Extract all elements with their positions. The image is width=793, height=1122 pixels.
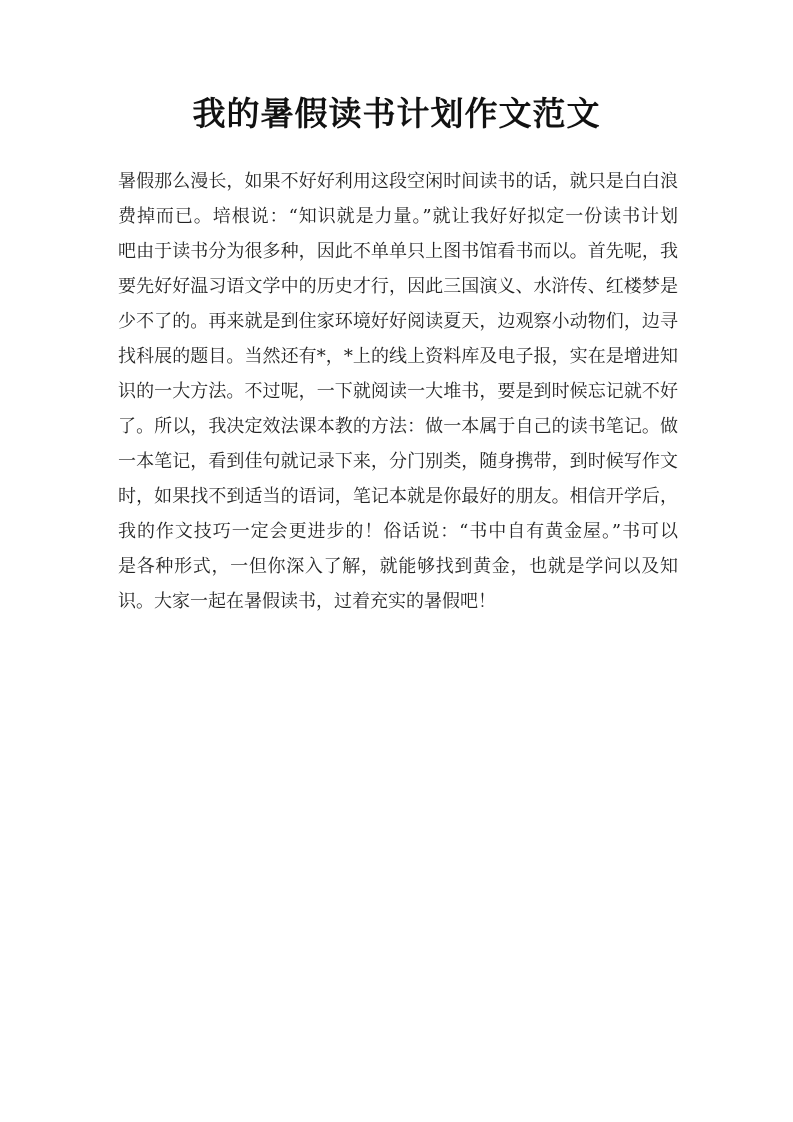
paragraph-line: 是各种形式，一但你深入了解，就能够找到黄金，也就是学问以及知	[118, 549, 678, 584]
paragraph-line: 找科展的题目。当然还有*，*上的线上资料库及电子报，实在是增进知	[118, 339, 678, 374]
paragraph-line: 识。大家一起在暑假读书，过着充实的暑假吧！	[118, 584, 678, 619]
paragraph-line: 费掉而已。培根说：“知识就是力量。”就让我好好拟定一份读书计划	[118, 199, 678, 234]
document-title: 我的暑假读书计划作文范文	[0, 92, 793, 136]
document-body: 暑假那么漫长，如果不好好利用这段空闲时间读书的话，就只是白白浪 费掉而已。培根说…	[118, 164, 678, 619]
paragraph-line: 一本笔记，看到佳句就记录下来，分门别类，随身携带，到时候写作文	[118, 444, 678, 479]
paragraph-line: 吧由于读书分为很多种，因此不单单只上图书馆看书而以。首先呢，我	[118, 234, 678, 269]
paragraph-line: 时，如果找不到适当的语词，笔记本就是你最好的朋友。相信开学后，	[118, 479, 678, 514]
document-page: 我的暑假读书计划作文范文 暑假那么漫长，如果不好好利用这段空闲时间读书的话，就只…	[0, 0, 793, 1122]
paragraph-line: 少不了的。再来就是到住家环境好好阅读夏天，边观察小动物们，边寻	[118, 304, 678, 339]
paragraph-line: 暑假那么漫长，如果不好好利用这段空闲时间读书的话，就只是白白浪	[118, 164, 678, 199]
paragraph-line: 了。所以，我决定效法课本教的方法：做一本属于自己的读书笔记。做	[118, 409, 678, 444]
paragraph-line: 要先好好温习语文学中的历史才行，因此三国演义、水浒传、红楼梦是	[118, 269, 678, 304]
paragraph-line: 我的作文技巧一定会更进步的！俗话说：“书中自有黄金屋。”书可以	[118, 514, 678, 549]
paragraph-line: 识的一大方法。不过呢，一下就阅读一大堆书，要是到时候忘记就不好	[118, 374, 678, 409]
